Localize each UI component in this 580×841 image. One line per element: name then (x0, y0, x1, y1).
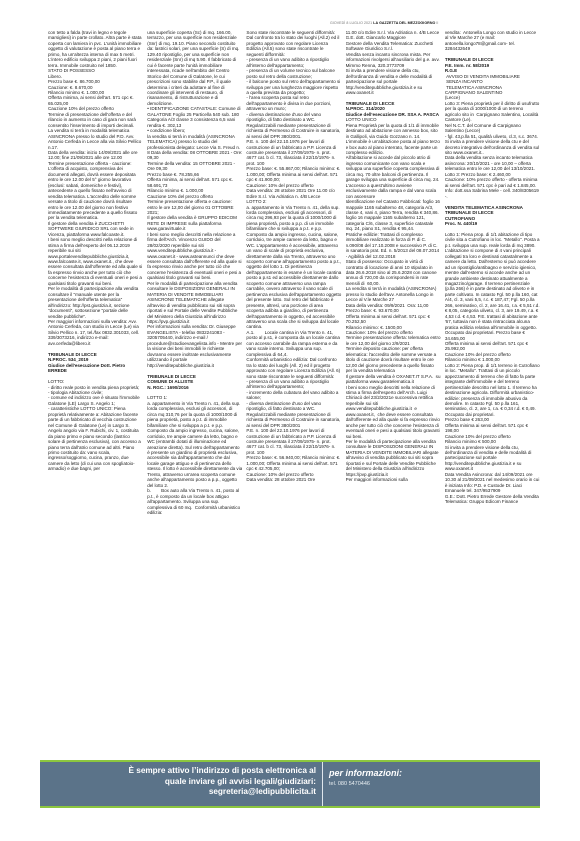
notice-text: Termine deposito cauzione: per offerta t… (346, 346, 441, 373)
notice-text: - presenza di un vano adibito a ripostig… (246, 57, 341, 68)
notice-text: - comune ed indirizzo ove è situato l'im… (48, 395, 143, 406)
page-header: GIOVEDÌ 8 LUGLIO 2021 LA GAZZETTA DEL ME… (330, 21, 438, 25)
notice-text: Termine presentazione offerta: telematic… (346, 335, 441, 346)
column-3: Sono state riscontrate le seguenti diffo… (246, 30, 341, 750)
column-5: vendita: Antonella Longo con studio in L… (445, 30, 540, 750)
notice-text: Lotto 1: Piena prop. di 1/1 abitazione d… (445, 232, 540, 341)
notice-text: - presenza di un vano adibito a ripostig… (246, 379, 341, 390)
notice-text: Data Vendita Asincrona: dal 14/09/2021 o… (445, 472, 540, 494)
notice-text: - fgl. 43,p.lla 51, qualità uliveto, cl.… (445, 134, 540, 156)
notice-text: - diversa destinazione d'uso del vano ri… (246, 401, 341, 428)
notice-text: A.1. Locale cantina in Via Trento n. 41,… (246, 330, 341, 357)
notice-text: - l'area scoperta posta sul retro dell'a… (246, 95, 341, 111)
notice-text: Offerta minima ai sensi dell'art. 571 cp… (445, 423, 540, 434)
notice-text: Termine presentazione offerta e cauzione… (147, 199, 242, 215)
notice-text: Cauzione: 10% prezzo offerto - offerta m… (445, 177, 540, 188)
notice-text: L'intero edificio sviluppa 2 piani, 2 pi… (48, 57, 143, 68)
notice-text: Data vendita: 28 ottobre 2021 Ore 11.00 … (246, 188, 341, 199)
notice-text: - caratteristiche LOTTO UNICO: Piena pro… (48, 406, 143, 471)
notice-text: All'abitazione si accede dal piccolo atr… (346, 155, 441, 199)
notice-text: con tetto a falda (travi in legno e tego… (48, 30, 143, 57)
notice-text: I beni sono meglio descritti nella relaz… (147, 232, 242, 281)
notice-text: Per informazioni sulla vendita: Dr. Gius… (147, 324, 242, 368)
notice-text: Data della vendita: inizio 14/09/2021 al… (48, 150, 143, 161)
notice-text: Il gestore della vendita è GRUPPO EDICOM… (147, 215, 242, 231)
banner-email[interactable]: segreteria@ledipubblicita.it (40, 787, 316, 798)
notice-text: Vendita senza incanto sincrona mista. Pe… (346, 52, 441, 68)
notice-text: Offerta minima ai sensi dell'art. 571 cp… (445, 341, 540, 352)
notices-columns: con tetto a falda (travi in legno e tego… (48, 30, 540, 750)
notice-text: a. appartamento in Via Trento n. 41, del… (147, 401, 242, 488)
notice-text: • IDENTIFICAZIONE CATASTALE: Comune di G… (147, 106, 242, 128)
notice-text: Offerta minima, ai sensi dell'art. 571 c… (147, 177, 242, 188)
notice-text: - il balcone posto sul retro dell'appart… (246, 79, 341, 95)
banner-phone[interactable]: tel. 080 5470446 (329, 781, 402, 787)
banner-line-2: quale inviare gli avvisi legali/giudizia… (40, 777, 316, 788)
notice-text: Offerta minima, ai sensi dell'art. 571 c… (48, 95, 143, 106)
notice-text: Data vendita: 28 ottobre 2021 Ore (246, 477, 341, 482)
notice-text: Gestore della Vendita Telematica: Zucche… (346, 41, 441, 52)
notice-text: Si invita a prendere visione della ctu, … (346, 68, 441, 95)
notice-text: I beni sono meglio descritti nella relaz… (48, 237, 143, 286)
notice-text: I beni sono meglio descritti nella relaz… (346, 385, 441, 440)
notice-text: Il gestore della vendita è ZUCCHETTI SOF… (48, 221, 143, 237)
notice-text: Prezzo base: €. 55.867,00; Rilancio mini… (246, 166, 341, 182)
notice-text: Sono state riscontrate le seguenti diffo… (246, 30, 341, 57)
notice-text: Per le modalità di partecipazione alla v… (48, 286, 143, 319)
notice-text: Pratiche edilizie: Trattasi di complesso… (346, 232, 441, 259)
notice-text: Per le modalità di partecipazione alla v… (147, 281, 242, 325)
notice-text: Si invita a prendere visione della ctu, … (445, 445, 540, 472)
notice-text: vendita: Antonella Longo con studio in L… (445, 30, 540, 52)
notice-text: Per maggiori informazioni sulla vendita:… (48, 319, 143, 346)
column-4: 11.00 c/o Edire S.r.l. Via Adriatica n. … (346, 30, 441, 750)
notice-text: Termine della vendita: 15 OTTOBRE 2021 -… (147, 161, 242, 172)
notice-text: Lotto 2: Piena prop. di 1/1 terreno in C… (445, 363, 540, 418)
notice-text: Conformità urbanistico edilizia: Dal con… (246, 357, 341, 379)
notice-heading: Giudice dell'esecuzione Dott. Pietro ERR… (48, 363, 143, 374)
notice-text: Nel N.C.T. del Comune di Carpignano Sale… (445, 123, 540, 134)
notice-text: Offerta minima ai sensi dell'art. 571 cp… (346, 314, 441, 325)
notice-text: Info: dott.ssa Sabrina Mele - cell. 340/… (445, 188, 540, 199)
notice-text: Il gestore della vendita è OXANET.IT S.P… (346, 374, 441, 385)
column-2: una superficie coperta (Sc) di mq. 166.0… (147, 30, 242, 750)
notice-text: La vendita si terrà in modalità telemati… (48, 128, 143, 150)
banner-line-1: È sempre attivo l’indirizzo di posta ele… (40, 766, 316, 777)
header-paper-name: LA GAZZETTA DEL MEZZOGIORNO (373, 21, 435, 25)
notice-text: P.E. n. 100 del 22.10.1976 per lavori di… (246, 139, 341, 166)
notice-text: Stato di possesso: Occupato in virtù di … (346, 259, 441, 286)
notice-text: b. Box auto alla Via Trento n. 41, posto… (147, 488, 242, 515)
notice-text: la vendita si terrà in modalità (ASINCRO… (147, 134, 242, 161)
header-date: GIOVEDÌ 8 LUGLIO 2021 (330, 21, 372, 25)
banner-accent-line-bottom (40, 806, 540, 808)
banner-info-label: per informazioni: (329, 768, 402, 778)
notice-text: - diversa destinazione d'uso del vano ri… (246, 112, 341, 139)
notice-text: Prezzo base: €. 56.940,00; Rilancio mini… (246, 455, 341, 471)
notice-text: Per le modalità di partecipazione alla v… (346, 439, 441, 477)
info-banner: È sempre attivo l’indirizzo di posta ele… (40, 762, 540, 806)
notice-text: - incremento della cubatura del vano adi… (246, 390, 341, 401)
notice-text: Data della vendita senza incanto telemat… (445, 155, 540, 171)
header-page-number: II (436, 21, 438, 25)
notice-text: Per maggiori informazioni sulla (346, 477, 441, 482)
notice-text: - presenza di un volume tecnico sul balc… (246, 68, 341, 79)
notice-text: una superficie coperta (Sc) di mq. 166.0… (147, 30, 242, 106)
column-1: con tetto a falda (travi in legno e tego… (48, 30, 143, 750)
notice-text: L'offerta di acquisto, comprensiva dei d… (48, 166, 143, 221)
notice-text: Lotto 3: Piena proprietà per il diritto … (445, 101, 540, 123)
banner-contact: per informazioni: tel. 080 5470446 (323, 762, 402, 806)
notice-text: Identificazione nel Catasto Fabbricati: … (346, 199, 441, 232)
notice-text: La vendita si terrà in modalità (ASINCRO… (346, 286, 441, 302)
notice-text: G.E.: Dott. Pietro Errede Gestore della … (445, 494, 540, 505)
notice-text: a. appartamento in Via Trento n. 41, del… (246, 205, 341, 330)
notice-text: Termine di presentazione dell'offerta e … (48, 112, 143, 128)
banner-message: È sempre attivo l’indirizzo di posta ele… (40, 762, 323, 806)
notice-text: Piena Proprietà per la quota di 1/1 di i… (346, 123, 441, 156)
notice-text: P.E. n. 100 del 22.10.1976 per lavori di… (246, 428, 341, 455)
